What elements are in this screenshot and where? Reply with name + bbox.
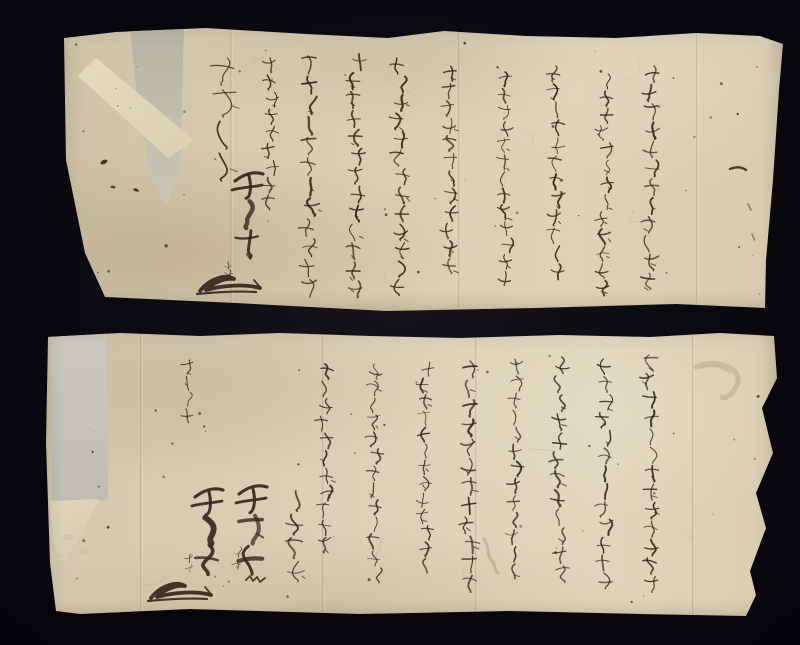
upper-letter-paper: [56, 20, 786, 318]
upper-letter-calligraphy-layer: [56, 20, 786, 318]
lower-letter-paper: [40, 323, 780, 625]
photograph-background: Photograph of two antique Japanese handw…: [0, 0, 800, 645]
lower-letter-calligraphy-layer: [40, 323, 780, 625]
